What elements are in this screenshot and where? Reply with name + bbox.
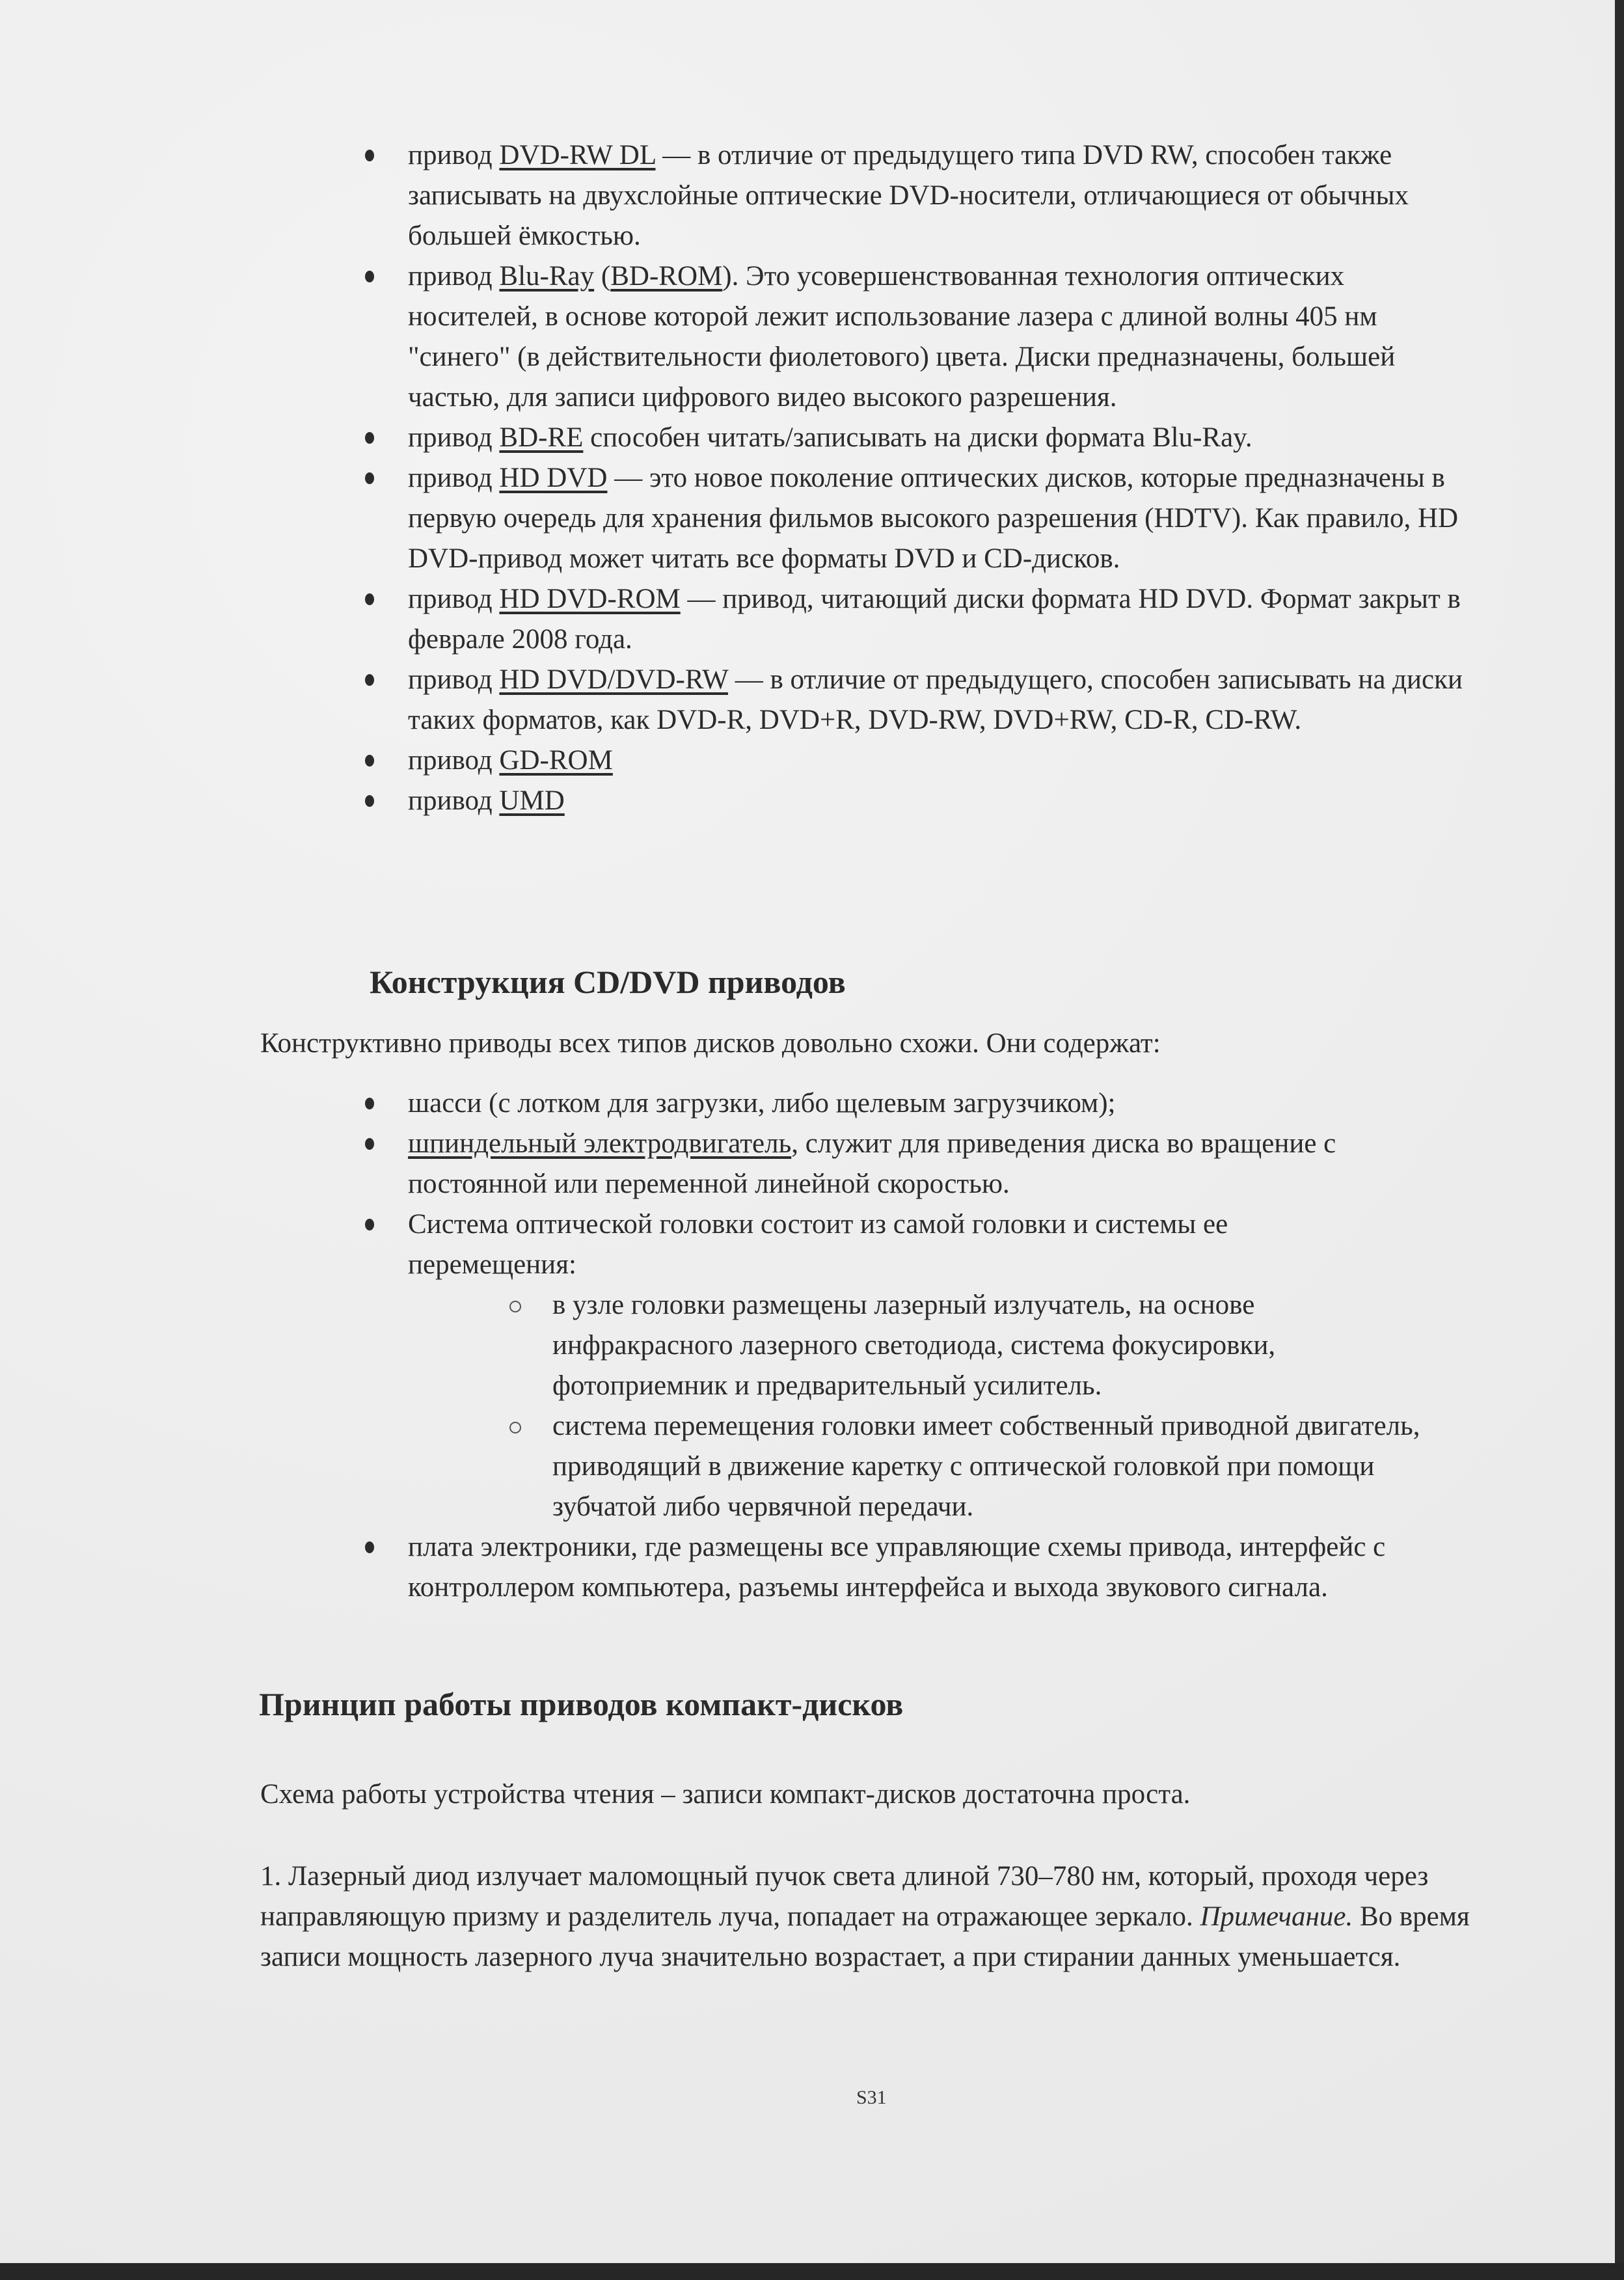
list-item: шасси (с лотком для загрузки, либо щелев… (408, 1083, 1475, 1124)
bullet-icon (365, 1138, 374, 1150)
sublist-item: в узле головки размещены лазерный излуча… (552, 1285, 1431, 1406)
bullet-icon (365, 755, 374, 767)
section-heading-principle: Принцип работы приводов компакт-дисков (259, 1685, 903, 1723)
link-blu-ray[interactable]: Blu-Ray (499, 261, 594, 292)
list-item: Система оптической головки состоит из са… (408, 1204, 1306, 1527)
item-text: привод (408, 261, 499, 292)
item-text: Система оптической головки состоит из са… (408, 1209, 1228, 1280)
item-text: привод (408, 140, 499, 170)
note-label: Примечание. (1200, 1901, 1353, 1932)
item-text: привод (408, 664, 499, 695)
list-item: привод HD DVD/DVD-RW — в отличие от пред… (408, 660, 1475, 740)
circle-bullet-icon (509, 1301, 521, 1312)
page-number: S31 (856, 2087, 887, 2109)
link-bd-re[interactable]: BD-RE (499, 422, 583, 453)
section-heading-construction: Конструкция CD/DVD приводов (370, 963, 846, 1001)
item-text: шасси (с лотком для загрузки, либо щелев… (408, 1088, 1115, 1119)
link-dvd-rw-dl[interactable]: DVD-RW DL (499, 140, 655, 170)
circle-bullet-icon (509, 1422, 521, 1433)
list-item: плата электроники, где размещены все упр… (408, 1527, 1397, 1608)
list-item: привод DVD-RW DL — в отличие от предыдущ… (408, 135, 1475, 256)
bullet-icon (365, 1219, 374, 1230)
bullet-icon (365, 795, 374, 807)
item-text: привод (408, 422, 499, 453)
bullet-icon (365, 593, 374, 605)
bullet-icon (365, 1541, 374, 1553)
optical-head-sublist: в узле головки размещены лазерный излуча… (552, 1285, 1431, 1527)
bullet-icon (365, 271, 374, 282)
link-gd-rom[interactable]: GD-ROM (499, 745, 612, 776)
construction-intro: Конструктивно приводы всех типов дисков … (260, 1024, 1496, 1064)
link-hd-dvd[interactable]: HD DVD (499, 463, 607, 493)
drive-types-list: привод DVD-RW DL — в отличие от предыдущ… (408, 135, 1475, 821)
list-item: шпиндельный электродвигатель, служит для… (408, 1124, 1475, 1204)
list-item: привод BD-RE способен читать/записывать … (408, 418, 1475, 458)
scanner-edge (0, 2263, 1624, 2280)
principle-step-1: 1. Лазерный диод излучает маломощный пуч… (260, 1856, 1483, 1977)
item-text: в узле головки размещены лазерный излуча… (552, 1290, 1275, 1401)
link-bd-rom[interactable]: BD-ROM (610, 261, 722, 292)
list-item: привод HD DVD-ROM — привод, читающий дис… (408, 579, 1475, 660)
item-text: система перемещения головки имеет собств… (552, 1411, 1420, 1522)
item-text: способен читать/записывать на диски форм… (583, 422, 1252, 453)
item-text: ( (594, 261, 610, 292)
bullet-icon (365, 1098, 374, 1109)
link-umd[interactable]: UMD (499, 785, 564, 816)
bullet-icon (365, 432, 374, 444)
item-text: привод (408, 584, 499, 614)
bullet-icon (365, 150, 374, 161)
bullet-icon (365, 674, 374, 686)
sublist-item: система перемещения головки имеет собств… (552, 1406, 1431, 1527)
link-hd-dvd-dvd-rw[interactable]: HD DVD/DVD-RW (499, 664, 728, 695)
list-item: привод HD DVD — это новое поколение опти… (408, 458, 1475, 579)
item-text: привод (408, 463, 499, 493)
item-text: плата электроники, где размещены все упр… (408, 1532, 1385, 1603)
principle-intro: Схема работы устройства чтения – записи … (260, 1774, 1496, 1815)
link-spindle-motor[interactable]: шпиндельный электродвигатель (408, 1128, 791, 1159)
link-hd-dvd-rom[interactable]: HD DVD-ROM (499, 584, 680, 614)
item-text: привод (408, 745, 499, 776)
scanner-edge (1615, 0, 1624, 2263)
list-item: привод UMD (408, 781, 1475, 821)
item-text: привод (408, 785, 499, 816)
construction-list: шасси (с лотком для загрузки, либо щелев… (408, 1083, 1475, 1608)
bullet-icon (365, 472, 374, 484)
list-item: привод Blu-Ray (BD-ROM). Это усовершенст… (408, 256, 1475, 418)
list-item: привод GD-ROM (408, 740, 1475, 781)
